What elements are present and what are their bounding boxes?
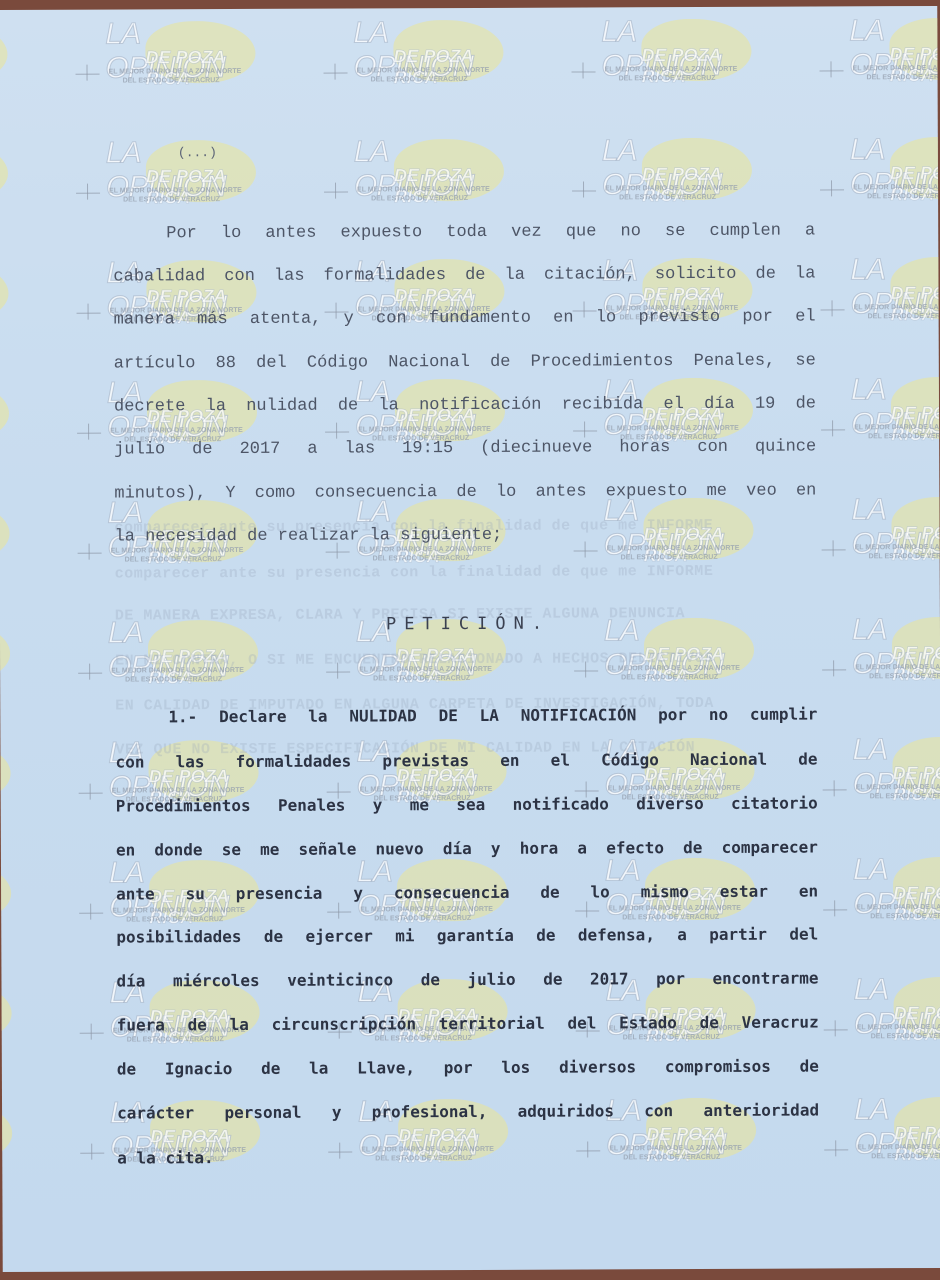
ellipsis-marker: (...) (178, 145, 217, 160)
text-line: Por lo antes expuesto toda vez que no se… (166, 221, 815, 243)
text-line: minutos), Y como consecuencia de lo ante… (114, 481, 816, 503)
text-line: carácter personal y profesional, adquiri… (117, 1100, 819, 1122)
document-body: (...) Por lo antes expuesto toda vez que… (0, 6, 940, 1272)
text-line: Procedimientos Penales y me sea notifica… (116, 793, 818, 815)
document-page: LA OPINIONDE POZA RICAEL MEJOR DIARIO DE… (0, 6, 940, 1272)
text-line: cabalidad con las formalidades de la cit… (113, 264, 815, 286)
paragraph-nulidad-request: Por lo antes expuesto toda vez que no se… (0, 6, 937, 10)
text-line: artículo 88 del Código Nacional de Proce… (114, 351, 816, 373)
text-line: manera más atenta, y con fundamento en l… (114, 307, 816, 329)
text-line: 1.- Declare la NULIDAD DE LA NOTIFICACIÓ… (168, 704, 817, 726)
text-line: con las formalidades previstas en el Cód… (115, 749, 817, 771)
paragraph-peticion-1: 1.- Declare la NULIDAD DE LA NOTIFICACIÓ… (0, 6, 937, 10)
text-line: ante su presencia y consecuencia de lo m… (116, 881, 818, 903)
section-heading-peticion: PETICIÓN. (386, 614, 550, 635)
text-line: fuera de la circunscripción territorial … (117, 1012, 819, 1034)
text-line: de Ignacio de la Llave, por los diversos… (117, 1056, 819, 1078)
text-line: decrete la nulidad de la notificación re… (114, 394, 816, 416)
text-line: la necesidad de realizar la siguiente; (115, 524, 817, 546)
text-line: en donde se me señale nuevo día y hora a… (116, 837, 818, 859)
text-line: a la cita. (117, 1145, 819, 1167)
text-line: posibilidades de ejercer mi garantía de … (116, 924, 818, 946)
text-line: día miércoles veinticinco de julio de 20… (116, 968, 818, 990)
text-line: julio de 2017 a las 19:15 (diecinueve ho… (114, 437, 816, 459)
